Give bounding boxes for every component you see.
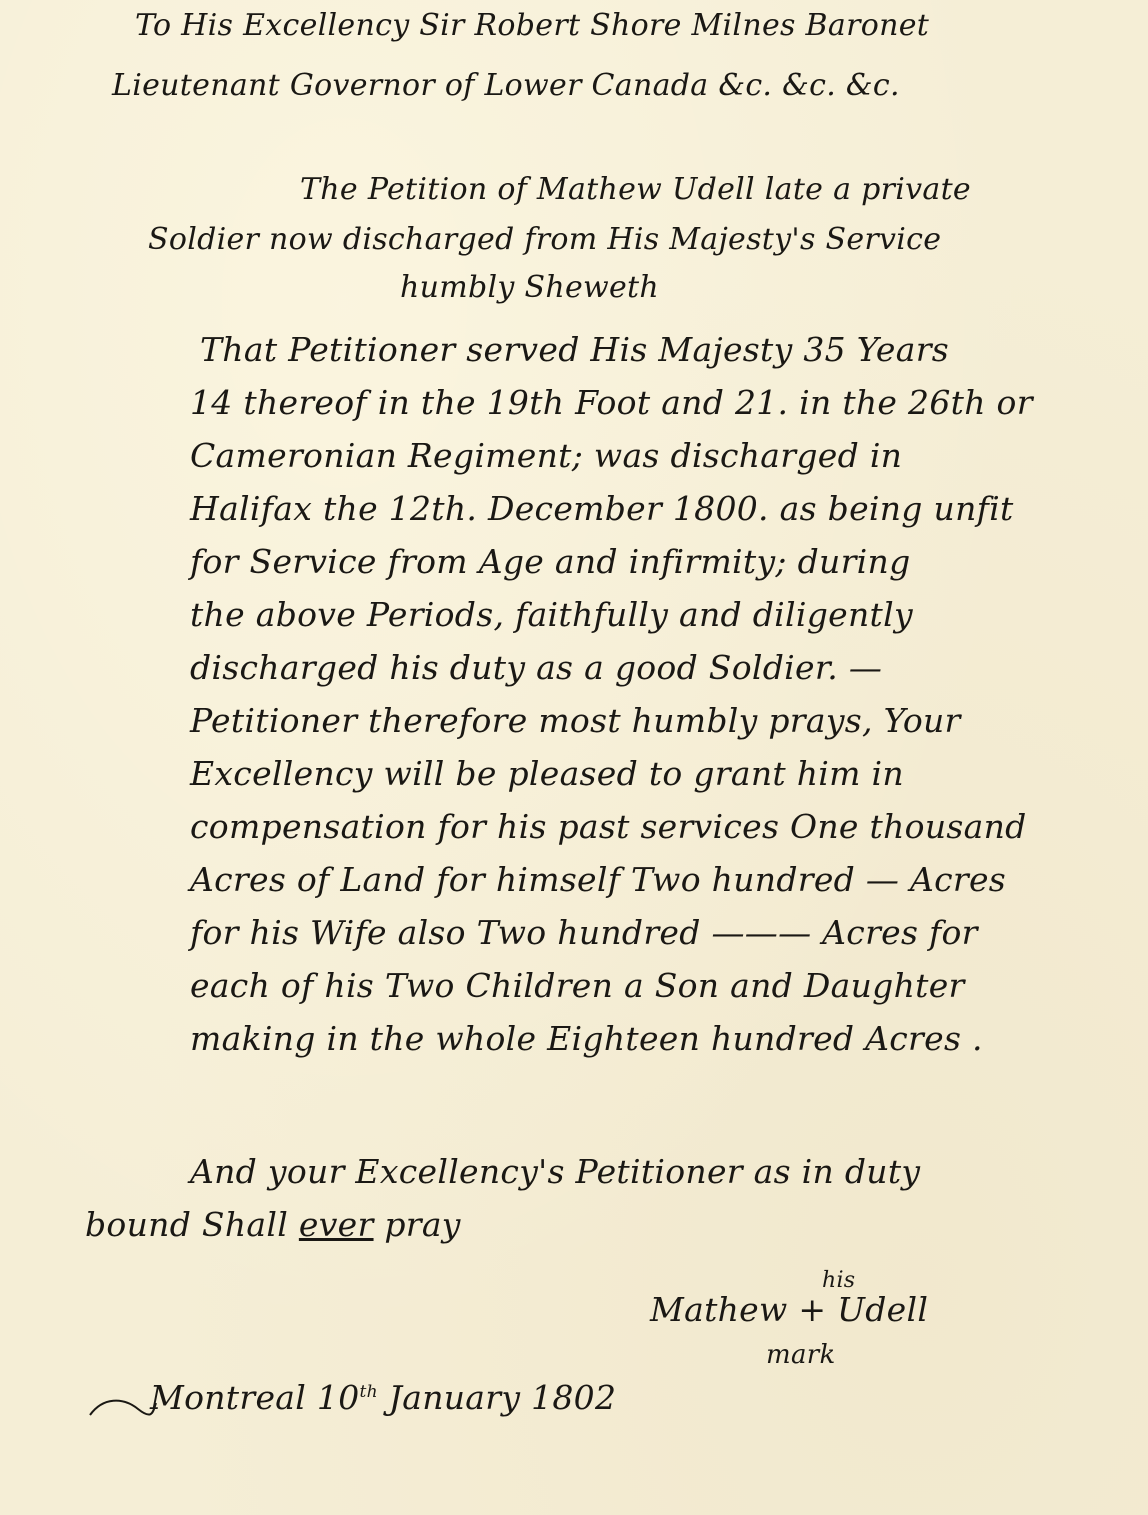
body-line: for Service from Age and infirmity; duri… <box>190 542 911 581</box>
body-line: Cameronian Regiment; was discharged in <box>190 436 902 475</box>
body-line: for his Wife also Two hundred ——— Acres … <box>190 913 978 952</box>
body-line: Petitioner therefore most humbly prays, … <box>190 701 961 740</box>
closing-line-1: And your Excellency's Petitioner as in d… <box>190 1152 920 1191</box>
dateline-day-suffix: th <box>360 1382 378 1402</box>
signature-block: Mathew + Udell <box>650 1290 928 1329</box>
body-line: That Petitioner served His Majesty 35 Ye… <box>200 330 949 369</box>
dateline-place: Montreal <box>150 1378 306 1417</box>
closing-suffix: pray <box>374 1205 461 1244</box>
signature-last-name: Udell <box>837 1290 928 1329</box>
preamble-line-1: The Petition of Mathew Udell late a priv… <box>300 172 971 207</box>
address-line-2: Lieutenant Governor of Lower Canada &c. … <box>112 68 900 103</box>
body-line: making in the whole Eighteen hundred Acr… <box>190 1019 983 1058</box>
dateline: Montreal 10th January 1802 <box>150 1378 616 1417</box>
preamble-line-3: humbly Sheweth <box>400 270 659 305</box>
body-line: Excellency will be pleased to grant him … <box>190 754 904 793</box>
body-line: compensation for his past services One t… <box>190 807 1027 846</box>
signature-cross-mark-icon: + <box>798 1290 826 1329</box>
body-line: 14 thereof in the 19th Foot and 21. in t… <box>190 383 1033 422</box>
body-line: Acres of Land for himself Two hundred — … <box>190 860 1006 899</box>
body-line: the above Periods, faithfully and dilige… <box>190 595 913 634</box>
closing-underlined-word: ever <box>299 1205 374 1244</box>
petition-document: To His Excellency Sir Robert Shore Milne… <box>0 0 1148 1515</box>
closing-prefix: bound Shall <box>85 1205 299 1244</box>
signature-first-name: Mathew <box>650 1290 788 1329</box>
closing-line-2: bound Shall ever pray <box>85 1205 461 1244</box>
body-line: each of his Two Children a Son and Daugh… <box>190 966 965 1005</box>
body-line: discharged his duty as a good Soldier. — <box>190 648 882 687</box>
dateline-month-year: January 1802 <box>389 1378 617 1417</box>
preamble-line-2: Soldier now discharged from His Majesty'… <box>148 222 941 257</box>
signature-mark: mark <box>766 1340 836 1370</box>
body-line: Halifax the 12th. December 1800. as bein… <box>190 489 1014 528</box>
address-line-1: To His Excellency Sir Robert Shore Milne… <box>135 8 929 43</box>
dateline-day: 10 <box>317 1378 360 1417</box>
flourish-icon <box>88 1395 158 1419</box>
